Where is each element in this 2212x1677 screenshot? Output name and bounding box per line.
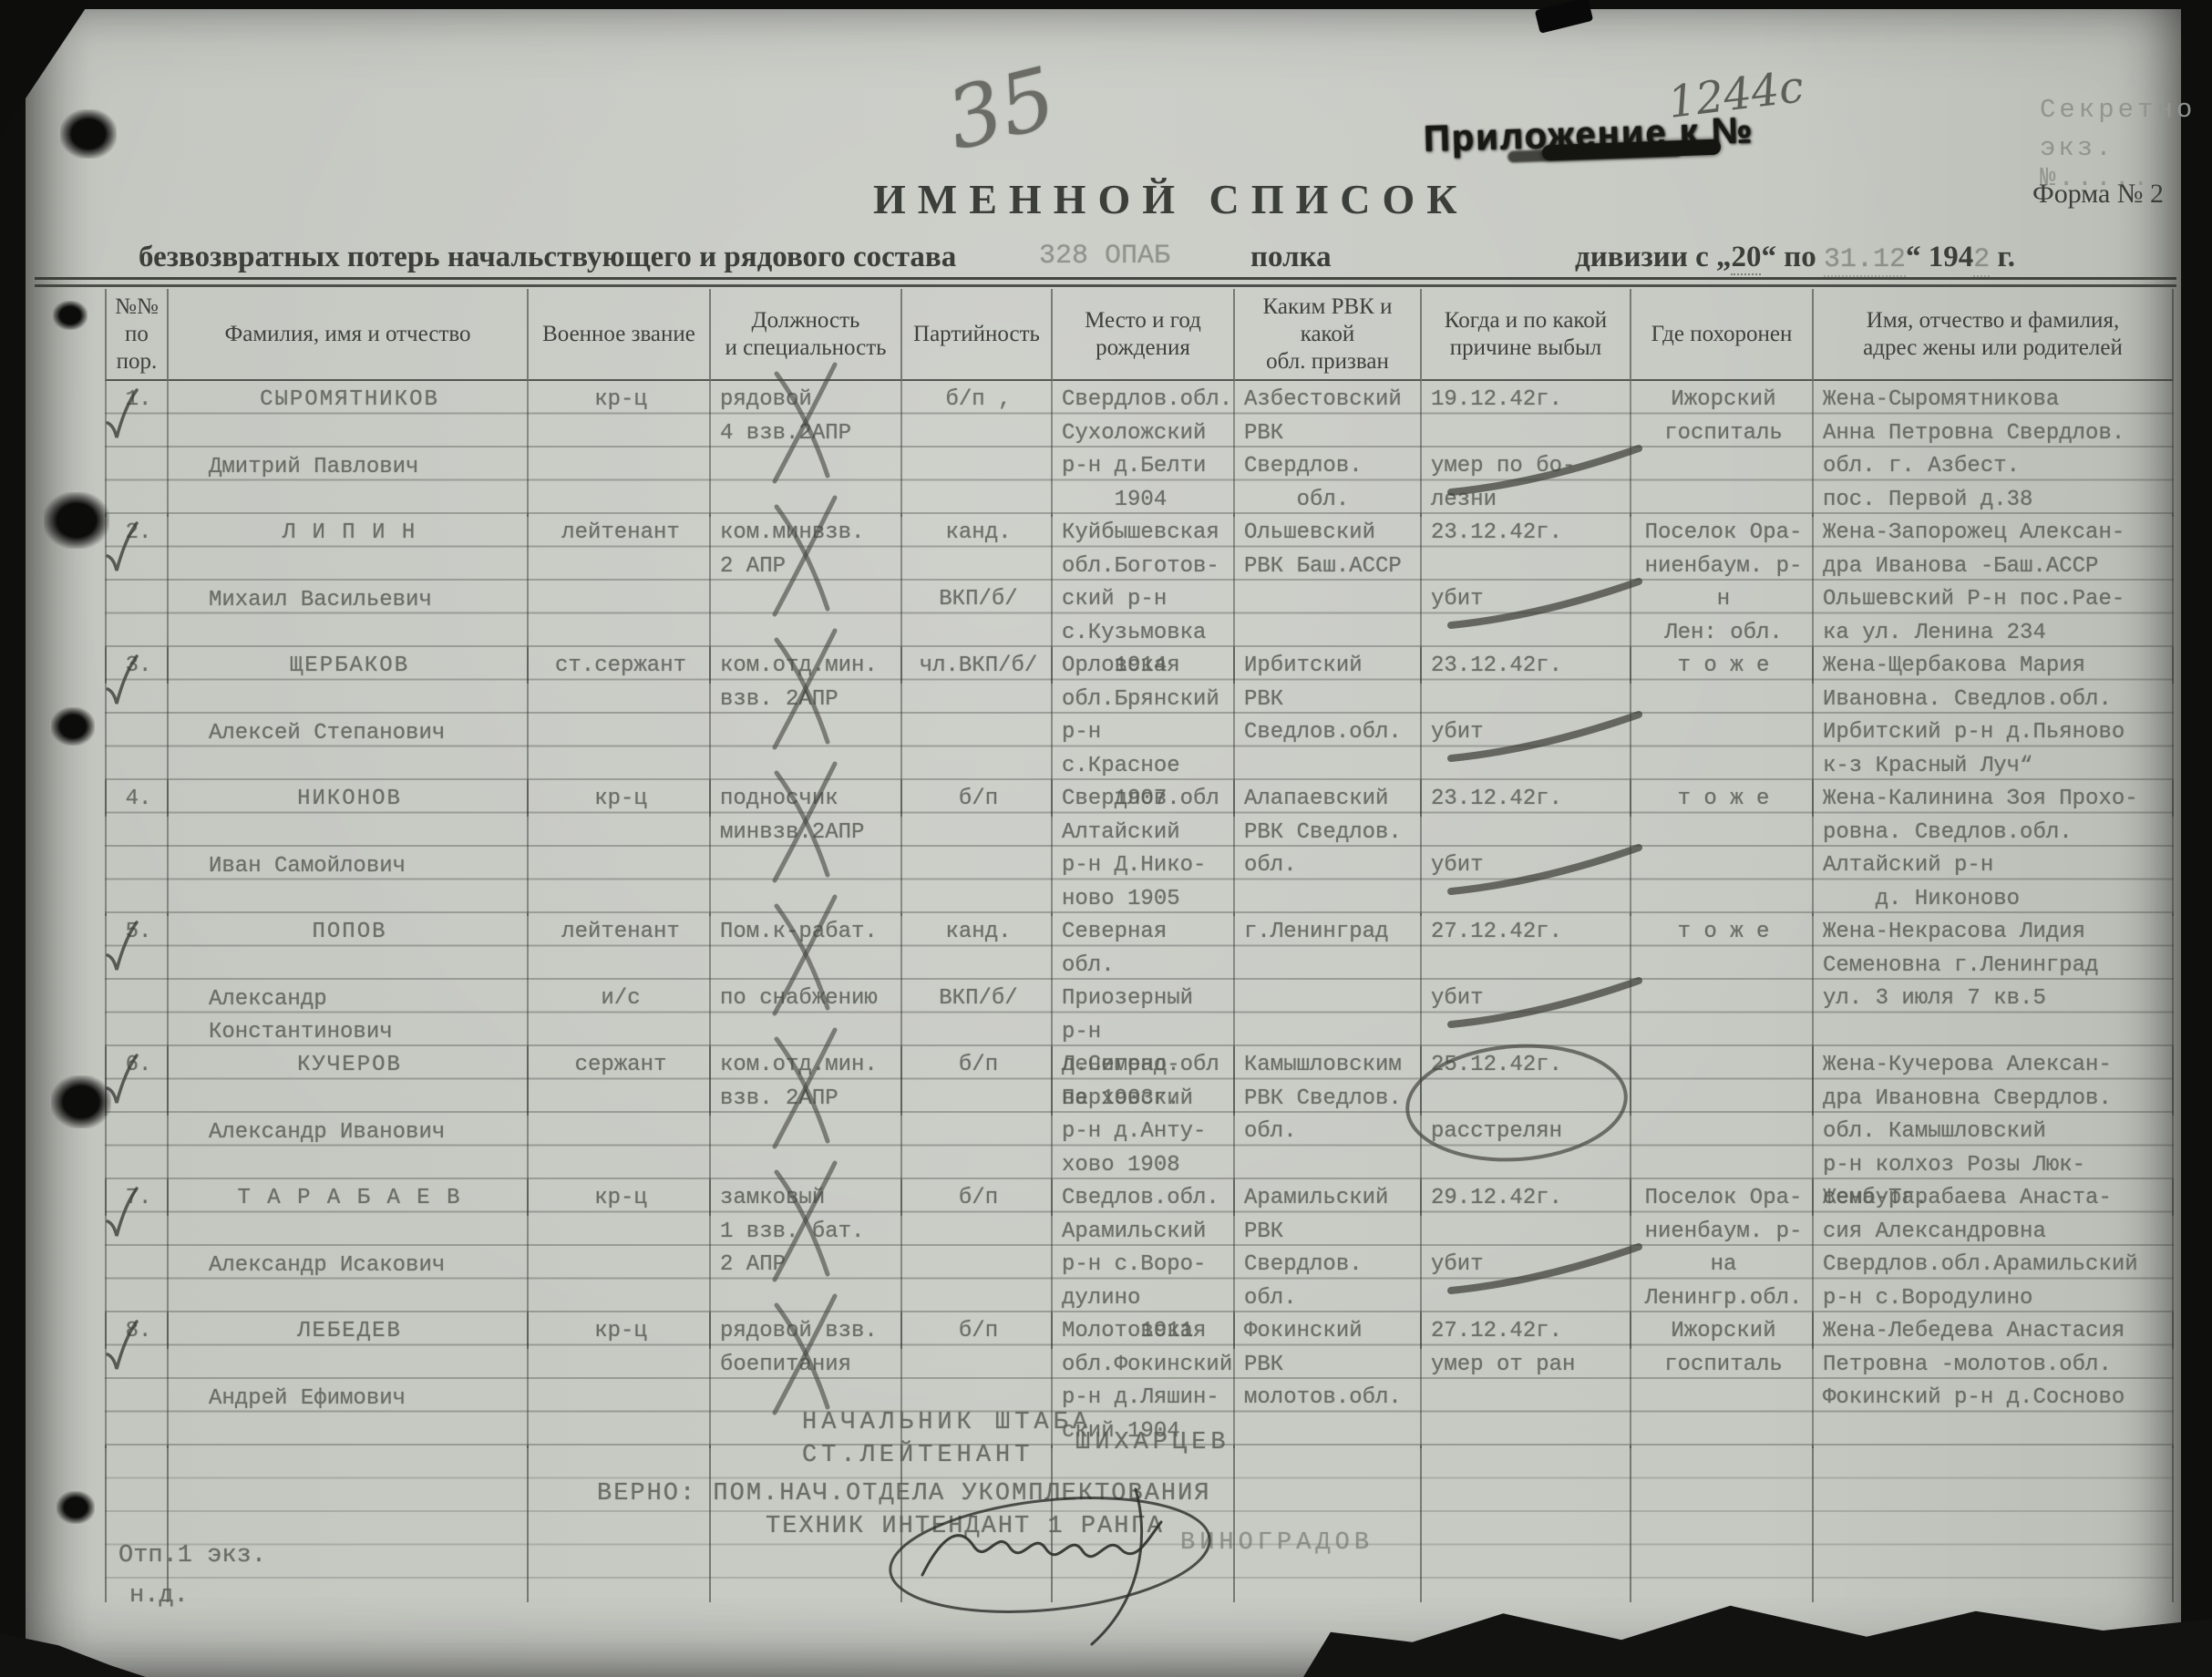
cell-family: Жена-Сыромятникова Анна Петровна Свердло… [1814,381,2174,517]
cell-name: ЛЕБЕДЕВАндрей Ефимович [169,1312,529,1448]
cell-number: 1. [105,381,169,517]
table-row: 2.Л И П И НМихаил Васильевичлейтенантком… [105,514,2174,647]
surname: КУЧЕРОВ [178,1049,521,1083]
footer-cell [1422,1446,1631,1602]
cell-family: Жена-Лебедева Анастасия Петровна -молото… [1814,1312,2174,1448]
surname: НИКОНОВ [178,783,521,817]
chief-of-staff-title-line2: СТ.ЛЕЙТЕНАНТ [802,1442,1034,1469]
punch-hole [44,492,109,549]
surname: СЫРОМЯТНИКОВ [178,384,521,417]
cell-casualty: 23.12.42г. убит [1422,780,1631,916]
cell-burial: Ижорский госпиталь [1631,1312,1814,1448]
surname: ПОПОВ [178,916,521,950]
cell-burial: Ижорский госпиталь [1631,381,1814,517]
footer-cell [169,1446,529,1602]
footer-cell [529,1446,711,1602]
given-name: Алексей Степанович [178,717,521,751]
punch-hole [53,301,87,330]
cell-casualty: 27.12.42г. умер от ран [1422,1312,1631,1448]
losses-table: №№ по пор.Фамилия, имя и отчествоВоенное… [105,289,2174,1602]
page-title: ИМЕННОЙ СПИСОК [873,175,1469,223]
cell-party: б/п [902,780,1053,916]
given-name: Михаил Васильевич [178,584,521,618]
scanned-document: 35 Приложение к № 1244с Секретно экз.№..… [0,0,2212,1677]
given-name: Александр Исакович [178,1250,521,1283]
surname: Т А Р А Б А Е В [178,1182,521,1216]
cell-number: 4. [105,780,169,916]
cell-burial: т о ж е [1631,780,1814,916]
cell-casualty: 19.12.42г. умер по бо- лезни [1422,381,1631,517]
column-header: Военное звание [529,289,711,381]
division-label: дивизии с „ [1575,241,1731,273]
year-digit: 2 [1973,244,1990,277]
table-row: 1.СЫРОМЯТНИКОВДмитрий Павловичкр-црядово… [105,381,2174,514]
cell-rank: кр-ц [529,1312,711,1448]
form-number-label: Форма № 2 [2032,179,2164,210]
cell-family: Жена-Калинина Зоя Прохо- ровна. Сведлов.… [1814,780,2174,916]
column-header: Где похоронен [1631,289,1814,381]
date-to: 31.12 [1824,244,1906,277]
cell-position: рядовой 4 взв.2АПР [711,381,902,517]
column-header: Место и год рождения [1053,289,1235,381]
table-header-row: №№ по пор.Фамилия, имя и отчествоВоенное… [105,289,2174,381]
table-row: 6.КУЧЕРОВАлександр Ивановичсержантком.от… [105,1046,2174,1179]
punch-hole [57,1491,95,1524]
cell-rank: кр-ц [529,381,711,517]
heavy-double-rule [35,277,2176,287]
unit-name-typed: 328 ОПАБ [1039,241,1170,272]
column-header: Когда и по какой причине выбыл [1422,289,1631,381]
footer-cell [1631,1446,1814,1602]
footer-cell [105,1446,169,1602]
chief-of-staff-name: ШИХАРЦЕВ [1075,1429,1230,1456]
table-row: 5.ПОПОВАлександр Константиновичлейтенант… [105,913,2174,1046]
subtitle-prefix: безвозвратных потерь начальствующего и р… [139,241,956,274]
given-name: Иван Самойлович [178,850,521,884]
column-header: Должность и специальность [711,289,902,381]
surname: ЩЕРБАКОВ [178,650,521,684]
column-header: Имя, отчество и фамилия, адрес жены или … [1814,289,2174,381]
table-row: 7.Т А Р А Б А Е ВАлександр Исаковичкр-цз… [105,1179,2174,1312]
quote-year: “ 194 [1906,241,1973,273]
subtitle-division-dates: дивизии с „20“ по 31.12“ 1942 г. [1575,241,2015,275]
given-name: Андрей Ефимович [178,1383,521,1416]
punch-hole [51,707,95,746]
certification-line1: ВЕРНО: ПОМ.НАЧ.ОТДЕЛА УКОМПЛЕКТОВАНИЯ [597,1480,1211,1507]
column-header: №№ по пор. [105,289,169,381]
table-row: 8.ЛЕБЕДЕВАндрей Ефимовичкр-црядовой взв.… [105,1312,2174,1446]
column-header: Каким РВК и какой обл. призван [1235,289,1422,381]
surname: Л И П И Н [178,517,521,550]
cell-birthplace: Свердлов.обл. Сухоложский р-н д.Белти 19… [1053,381,1235,517]
given-name: Александр Иванович [178,1116,521,1150]
subtitle-polka-label: полка [1250,241,1332,274]
column-header: Партийность [902,289,1053,381]
copies-note: Отп.1 экз. [118,1542,266,1569]
cell-birthplace: Свердлов.обл Алтайский р-н Д.Нико- ново … [1053,780,1235,916]
surname: ЛЕБЕДЕВ [178,1315,521,1349]
cell-number: 8. [105,1312,169,1448]
table-row: 3.ЩЕРБАКОВАлексей Степановичст.сержантко… [105,647,2174,780]
cell-rvk: Азбестовский РВК Свердлов. обл. [1235,381,1422,517]
footer-cell [1235,1446,1422,1602]
initials-note: н.д. [129,1582,189,1610]
cell-position: подносчик минвзв.2АПР [711,780,902,916]
certification-line2: ТЕХНИК ИНТЕНДАНТ 1 РАНГА [766,1513,1164,1540]
cell-rank: кр-ц [529,780,711,916]
cell-rvk: Алапаевский РВК Сведлов. обл. [1235,780,1422,916]
po-label: “ по [1761,241,1824,273]
secrecy-label: Секретно [2040,95,2196,125]
table-row: 4.НИКОНОВИван Самойловичкр-цподносчик ми… [105,780,2174,913]
given-name: Александр Константинович [178,983,521,1050]
punch-hole [60,109,117,159]
date-from: 20 [1731,241,1761,275]
year-suffix: г. [1990,241,2015,273]
certifier-name: ВИНОГРАДОВ [1180,1529,1373,1557]
footer-cell [1814,1446,2174,1602]
punch-hole [51,1075,111,1128]
cell-name: НИКОНОВИван Самойлович [169,780,529,916]
column-header: Фамилия, имя и отчество [169,289,529,381]
cell-rvk: Фокинский РВК молотов.обл. [1235,1312,1422,1448]
cell-party: б/п , [902,381,1053,517]
given-name: Дмитрий Павлович [178,451,521,485]
cell-name: СЫРОМЯТНИКОВДмитрий Павлович [169,381,529,517]
chief-of-staff-title-line1: НАЧАЛЬНИК ШТАБА [802,1409,1092,1436]
